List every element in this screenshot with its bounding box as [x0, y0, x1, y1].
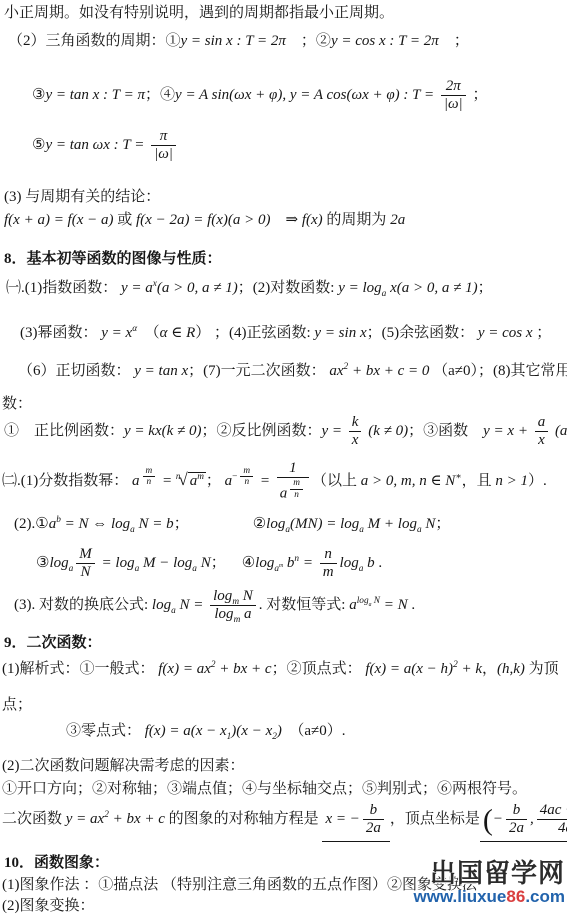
text-run: 或: [114, 212, 137, 228]
text-line-10: （6）正切函数： y = tan x；(7)一元二次函数： ax2 + bx +…: [18, 362, 567, 382]
text-run: ；②反比例函数：: [202, 423, 322, 439]
text-run: (1)解析式：①一般式：: [2, 661, 158, 677]
math-run: y = x +: [483, 423, 532, 439]
math-run: log: [49, 555, 68, 571]
text-run: （6）正切函数：: [18, 363, 134, 379]
math-run: N = b: [135, 516, 174, 532]
math-run: =: [158, 473, 176, 489]
text-run: (1)图象作法 ：①描点法 （特别注意三角函数的五点作图）②图象变换法: [2, 877, 477, 893]
text-run: ）.: [528, 473, 547, 489]
math-run: log: [213, 588, 232, 604]
math-run: y = tan x : T = π: [45, 87, 145, 103]
watermark-url-prefix: www.liuxue: [414, 887, 507, 906]
text-run: 为顶: [525, 661, 559, 677]
text-run: 二次函数: [2, 811, 66, 827]
fraction: 2π|ω|: [441, 78, 466, 114]
math-run: y = cos x : T = 2π: [331, 33, 439, 49]
text-line-2: （2）三角函数的周期：①y = sin x : T = 2π ；②y = cos…: [8, 32, 469, 52]
math-run: y = log: [338, 280, 381, 296]
text-run: ① 正比例函数：: [4, 423, 124, 439]
text-run: ；④: [145, 87, 175, 103]
text-run: （以上: [312, 473, 361, 489]
math-run: (h,k): [497, 661, 525, 677]
math-run: =: [299, 555, 317, 571]
math-run: f(x) = a(x − h): [365, 661, 453, 677]
text-line-17: 9．二次函数：: [4, 634, 102, 654]
text-line-21: (2)二次函数问题解决需考虑的因素：: [2, 757, 245, 777]
math-run: (MN) = log: [290, 516, 359, 532]
text-run: ②: [253, 516, 266, 532]
fraction: 4ac − b24a: [537, 802, 567, 838]
math-run: ax: [329, 363, 343, 379]
math-run: f(x): [302, 212, 323, 228]
math-run: log: [357, 596, 369, 606]
math-run: )(x − x: [231, 723, 272, 739]
text-run: （2）三角函数的周期：①: [8, 33, 181, 49]
radical: n√am: [176, 473, 206, 489]
text-run: ；: [435, 516, 450, 532]
text-line-11: 数：: [2, 395, 32, 415]
text-run: 8．基本初等函数的图像与性质：: [4, 251, 222, 267]
text-run: （: [137, 325, 160, 341]
fraction: π|ω|: [151, 128, 176, 164]
math-run: y = tan ωx : T =: [45, 137, 148, 153]
math-run: y = sin x: [314, 325, 366, 341]
text-run: ） ；(4)正弦函数:: [195, 325, 314, 341]
math-run: ,: [530, 811, 534, 827]
site-watermark: 出国留学网 www.liuxue86.com: [414, 860, 566, 905]
fraction: kx: [349, 414, 362, 450]
text-run: （a≠0）.: [282, 723, 346, 739]
fraction: mn: [290, 478, 303, 500]
text-run: 的图象的对称轴方程是: [165, 811, 323, 827]
math-run: y = tan x: [134, 363, 188, 379]
math-run: + bx + c = 0: [348, 363, 429, 379]
text-line-1: 小正周期。如没有特别说明，遇到的周期都指最小正周期。: [4, 4, 394, 24]
watermark-url-number: 86: [506, 887, 525, 906]
math-run: y = ax: [66, 811, 104, 827]
text-run: (2)二次函数问题解决需考虑的因素：: [2, 758, 245, 774]
fraction: mn: [240, 466, 253, 488]
text-line-18: (1)解析式：①一般式： f(x) = ax2 + bx + c；②顶点式： f…: [2, 660, 559, 680]
math-run: α ∈ R: [160, 325, 196, 341]
superscript: mn: [287, 485, 306, 495]
watermark-site-name: 出国留学网: [414, 860, 566, 886]
subscript: am: [274, 564, 283, 574]
text-run: 数：: [2, 396, 32, 412]
text-line-25: (1)图象作法 ：①描点法 （特别注意三角函数的五点作图）②图象变换法: [2, 876, 477, 896]
text-line-22: ①开口方向；②对称轴；③端点值；④与坐标轴交点；⑤判别式；⑥两根符号。: [2, 780, 527, 800]
math-run: (a > 0, a ≠ 1): [157, 280, 238, 296]
text-run: (3). 对数的换底公式:: [14, 597, 152, 613]
text-run: ；: [211, 555, 226, 571]
text-line-5: (3) 与周期有关的结论：: [4, 188, 160, 208]
math-run: a: [132, 473, 140, 489]
superscript: mn: [140, 472, 159, 482]
math-run: y =: [322, 423, 346, 439]
text-run: ；: [174, 516, 189, 532]
fraction: b2a: [363, 802, 384, 838]
math-run: + bx + c: [216, 661, 272, 677]
text-run: ；(2)对数函数:: [238, 280, 338, 296]
text-run: ⑤: [32, 137, 45, 153]
math-run: f(x) = a(x − x: [145, 723, 227, 739]
math-run: =: [256, 473, 274, 489]
text-line-9: (3)幂函数： y = xα （α ∈ R） ；(4)正弦函数: y = sin…: [20, 324, 551, 344]
math-run: 2a: [390, 212, 405, 228]
math-run: = N ⇔ log: [61, 516, 130, 532]
text-run: ；(5)余弦函数：: [367, 325, 478, 341]
subscript: a: [69, 564, 74, 574]
math-run: f(x + a) = f(x − a): [4, 212, 114, 228]
superscript: −mn: [232, 472, 256, 482]
text-line-19: 点；: [2, 696, 32, 716]
math-run: n > 1: [495, 473, 528, 489]
text-run: ④: [242, 555, 255, 571]
math-run: N: [239, 588, 253, 604]
fraction: b2a: [506, 802, 527, 838]
math-run: −: [493, 811, 503, 827]
math-run: y = x: [101, 325, 132, 341]
text-run: ；②: [286, 33, 331, 49]
math-run: M + log: [364, 516, 417, 532]
superscript: loga N: [357, 596, 380, 606]
text-run: ；(7)一元二次函数：: [188, 363, 329, 379]
text-line-23: 二次函数 y = ax2 + bx + c 的图象的对称轴方程是 x = −b2…: [2, 802, 567, 842]
text-run: 小正周期。如没有特别说明，遇到的周期都指最小正周期。: [4, 5, 394, 21]
text-line-14: (2).①ab = N ⇔ loga N = b；②loga(MN) = log…: [14, 515, 450, 535]
math-run: log: [255, 555, 274, 571]
fraction: nm: [320, 546, 337, 582]
math-run: f(x − 2a) = f(x)(a > 0): [136, 212, 271, 228]
text-run: (3)幂函数：: [20, 325, 101, 341]
math-run: 4ac − b: [540, 802, 567, 818]
text-run: 10．函数图象：: [4, 855, 109, 871]
text-run: ㈡.(1)分数指数幂：: [2, 473, 132, 489]
text-run: 的周期为: [323, 212, 391, 228]
text-line-8: ㈠.(1)指数函数： y = ax(a > 0, a ≠ 1)；(2)对数函数:…: [6, 279, 493, 299]
math-run: (k ≠ 0): [364, 423, 408, 439]
text-line-4: ⑤y = tan ωx : T = π|ω|: [32, 128, 179, 164]
math-run: N: [371, 596, 380, 606]
text-run: .: [375, 555, 383, 571]
watermark-site-url: www.liuxue86.com: [414, 888, 566, 905]
superscript: m: [197, 472, 204, 482]
math-run: b: [363, 555, 374, 571]
math-run: a: [240, 606, 251, 622]
math-run: N: [197, 555, 211, 571]
text-run: （a≠0）；(8)其它常用函: [429, 363, 567, 379]
text-run: 9．二次函数：: [4, 635, 102, 651]
text-run: ；: [469, 87, 488, 103]
math-run: + bx + c: [109, 811, 165, 827]
text-run: . 对数恒等式:: [259, 597, 349, 613]
text-run: −: [232, 472, 237, 482]
math-run: = log: [98, 555, 135, 571]
text-line-15: ③logaMN = loga M − loga N；④logam bn = nm…: [36, 546, 382, 582]
text-run: ，且: [462, 473, 496, 489]
text-line-26: (2)图象变换：: [2, 897, 95, 917]
text-run: (3) 与周期有关的结论：: [4, 189, 160, 205]
math-run: x = −: [325, 811, 359, 827]
text-run: ；: [439, 33, 469, 49]
text-run: ⇒: [271, 212, 302, 228]
math-run: log: [340, 555, 359, 571]
math-run: f(x) = ax: [158, 661, 211, 677]
math-run: y = cos x: [478, 325, 533, 341]
math-run: y = a: [121, 280, 153, 296]
text-run: ；: [206, 473, 225, 489]
big-paren: (: [483, 803, 493, 836]
math-run: = N: [380, 597, 408, 613]
math-run: a > 0, m, n ∈ N: [361, 473, 456, 489]
math-run: y = A sin(ωx + φ), y = A cos(ωx + φ) : T…: [175, 87, 438, 103]
math-run: b: [283, 555, 294, 571]
fraction: 1amn: [277, 460, 309, 503]
text-run: ；③函数: [408, 423, 483, 439]
text-run: 点；: [2, 697, 32, 713]
text-run: ，顶点坐标是: [390, 811, 480, 827]
text-line-7: 8．基本初等函数的图像与性质：: [4, 250, 222, 270]
math-run: M − log: [139, 555, 192, 571]
document-page: 小正周期。如没有特别说明，遇到的周期都指最小正周期。（2）三角函数的周期：①y …: [0, 0, 567, 921]
text-line-3: ③y = tan x : T = π；④y = A sin(ωx + φ), y…: [32, 78, 487, 114]
math-run: x(a > 0, a ≠ 1): [386, 280, 477, 296]
text-run: ㈠.(1)指数函数：: [6, 280, 121, 296]
text-run: ③: [36, 555, 49, 571]
fraction: MN: [76, 546, 95, 582]
fraction: logm Nlogm a: [210, 588, 256, 624]
text-line-24: 10．函数图象：: [4, 854, 109, 874]
text-run: ，: [482, 661, 497, 677]
text-line-16: (3). 对数的换底公式: loga N = logm Nlogm a. 对数恒…: [14, 588, 415, 624]
math-run: y = kx(k ≠ 0): [124, 423, 201, 439]
math-run: log: [152, 597, 171, 613]
math-run: log: [266, 516, 285, 532]
math-run: log: [214, 606, 233, 622]
text-run: ；: [533, 325, 552, 341]
math-run: (a > 0): [551, 423, 567, 439]
math-run: y = sin x : T = 2π: [181, 33, 286, 49]
fraction: mn: [143, 466, 156, 488]
text-line-13: ㈡.(1)分数指数幂： amn = n√am； a−mn = 1amn（以上 a…: [2, 460, 547, 503]
watermark-url-suffix: .com: [525, 887, 565, 906]
text-run: ；: [478, 280, 493, 296]
math-run: + k: [458, 661, 482, 677]
fraction: ax: [535, 414, 549, 450]
text-line-20: ③零点式： f(x) = a(x − x1)(x − x2) （a≠0）.: [66, 722, 346, 742]
text-run: .: [408, 597, 416, 613]
text-run: (2).①: [14, 516, 49, 532]
math-run: N =: [176, 597, 207, 613]
math-run: a: [349, 597, 357, 613]
text-run: ③零点式：: [66, 723, 145, 739]
underline-group: x = −b2a: [322, 802, 389, 842]
text-line-12: ① 正比例函数：y = kx(k ≠ 0)；②反比例函数：y = kx (k ≠…: [4, 414, 567, 450]
text-line-6: f(x + a) = f(x − a) 或 f(x − 2a) = f(x)(a…: [4, 211, 405, 231]
math-run: N: [422, 516, 436, 532]
underline-group: (−b2a,4ac − b24a): [480, 802, 567, 842]
text-run: ③: [32, 87, 45, 103]
text-run: (2)图象变换：: [2, 898, 95, 914]
text-run: ①开口方向；②对称轴；③端点值；④与坐标轴交点；⑤判别式；⑥两根符号。: [2, 781, 527, 797]
text-run: ；②顶点式：: [272, 661, 366, 677]
